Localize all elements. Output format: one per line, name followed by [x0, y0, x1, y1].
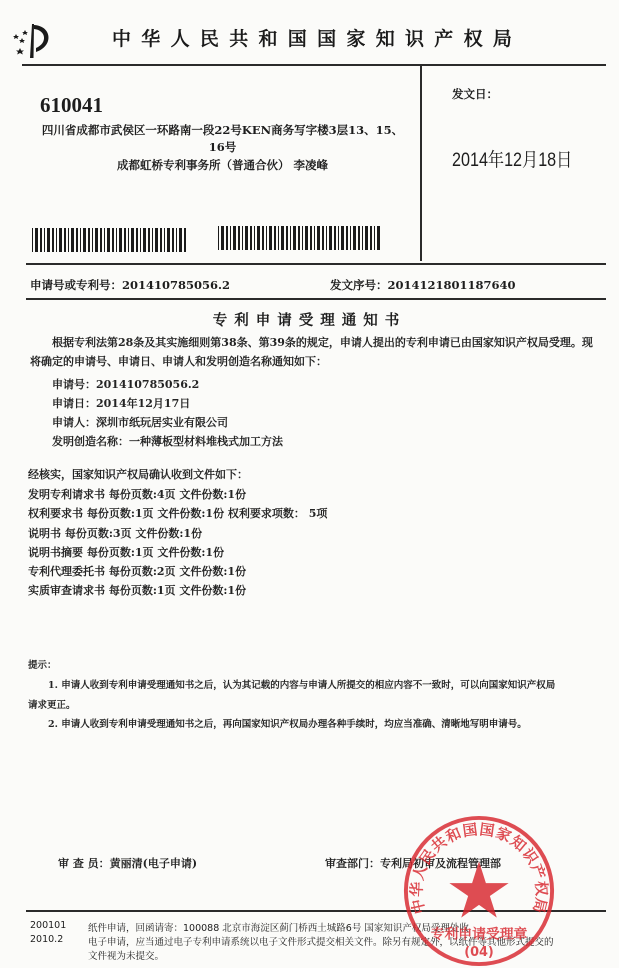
serial-number-label: 发文序号：: [330, 278, 388, 292]
field-invention-title: 发明创造名称：一种薄板型材料堆栈式加工方法: [52, 433, 283, 449]
address-line-2: 16号: [30, 139, 415, 155]
application-number-value: 201410785056.2: [122, 278, 230, 292]
field-applicant: 申请人：深圳市纸玩居实业有限公司: [52, 414, 228, 430]
application-number: 申请号或专利号：201410785056.2: [30, 277, 230, 293]
svg-text:(04): (04): [464, 945, 494, 960]
date-column-divider: [420, 64, 422, 261]
cnipa-emblem-icon: [12, 20, 54, 60]
hint-1-line-2: 请求更正。: [28, 697, 76, 711]
barcode-left: [32, 228, 187, 252]
serial-number: 发文序号：2014121801187640: [330, 277, 516, 293]
document-item: 专利代理委托书 每份页数:2页 文件份数:1份: [28, 563, 246, 579]
address-line-1: 四川省成都市武侯区一环路南一段22号KEN商务写字楼3层13、15、: [30, 122, 415, 138]
header-divider: [22, 64, 606, 66]
document-item: 说明书摘要 每份页数:1页 文件份数:1份: [28, 544, 224, 560]
svg-text:专利申请受理章: 专利申请受理章: [431, 925, 528, 942]
office-name: 中华人民共和国国家知识产权局: [112, 24, 522, 51]
barcode-divider: [26, 263, 606, 265]
application-number-label: 申请号或专利号：: [30, 278, 122, 292]
footer-line-3: 文件视为未提交。: [88, 948, 164, 962]
recipient: 成都虹桥专利事务所（普通合伙） 李凌峰: [30, 157, 415, 173]
field-application-number: 申请号：201410785056.2: [52, 376, 199, 392]
document-item: 发明专利请求书 每份页数:4页 文件份数:1份: [28, 486, 246, 502]
postcode: 610041: [40, 93, 103, 118]
hint-2: 2. 申请人收到专利申请受理通知书之后，再向国家知识产权局办理各种手续时，均应当…: [48, 716, 527, 730]
sent-date-label: 发文日：: [452, 86, 498, 102]
hint-1-line-1: 1. 申请人收到专利申请受理通知书之后，认为其记载的内容与申请人所提交的相应内容…: [48, 677, 555, 691]
document-item: 说明书 每份页数:3页 文件份数:1份: [28, 525, 202, 541]
form-date: 2010.2: [30, 934, 63, 945]
field-application-date: 申请日：2014年12月17日: [52, 395, 190, 411]
document-item: 权利要求书 每份页数:1页 文件份数:1份 权利要求项数： 5项: [28, 505, 327, 521]
received-heading: 经核实，国家知识产权局确认收到文件如下：: [28, 466, 248, 482]
official-seal-icon: 中华人民共和国国家知识产权局 专利申请受理章 (04): [400, 812, 558, 968]
document-item: 实质审查请求书 每份页数:1页 文件份数:1份: [28, 582, 246, 598]
meta-divider: [26, 298, 606, 300]
barcode-right: [218, 226, 383, 250]
sent-date: 2014年12月18日: [452, 145, 572, 172]
hints-heading: 提示：: [28, 657, 57, 671]
examiner: 审 查 员：黄丽清(电子申请): [58, 855, 197, 871]
notice-intro: 根据专利法第28条及其实施细则第38条、第39条的规定，申请人提出的专利申请已由…: [30, 333, 600, 371]
form-code: 200101: [30, 920, 66, 931]
notice-title: 专利申请受理通知书: [0, 309, 619, 330]
serial-number-value: 2014121801187640: [388, 278, 516, 292]
